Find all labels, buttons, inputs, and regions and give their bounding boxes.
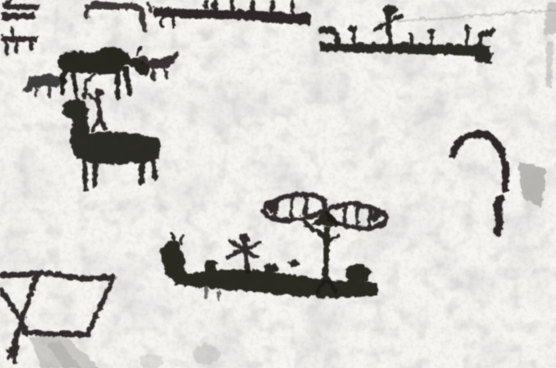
hull-bump — [203, 259, 216, 272]
knot — [19, 325, 29, 335]
prow-ear — [180, 234, 181, 242]
arc-tail — [497, 197, 499, 231]
body — [69, 131, 159, 163]
leg — [164, 66, 165, 76]
leg — [140, 162, 141, 181]
leg — [152, 159, 154, 177]
knot — [10, 343, 18, 351]
leg — [125, 68, 128, 92]
grid-line — [356, 205, 357, 226]
grid-line — [368, 208, 369, 225]
standing-figure-body — [387, 14, 389, 42]
bar — [0, 12, 34, 19]
smudge — [138, 352, 162, 368]
grid-line — [290, 195, 291, 218]
petroglyph-panel — [0, 0, 556, 368]
leg — [83, 161, 85, 189]
grid-line — [343, 206, 344, 224]
leg — [116, 71, 117, 96]
stern-neck — [478, 32, 480, 52]
leg — [93, 162, 94, 184]
leg — [60, 82, 61, 92]
crew-body — [430, 32, 431, 44]
tick — [204, 288, 205, 297]
leg-stroke — [29, 41, 31, 49]
leg — [152, 67, 153, 78]
rock-art-photo — [0, 0, 556, 368]
grid-line — [304, 197, 305, 217]
tick — [217, 290, 218, 298]
crew-body — [352, 31, 353, 43]
prow-ear — [171, 233, 173, 241]
smudge — [191, 343, 219, 363]
body — [96, 95, 99, 117]
antler — [83, 80, 85, 97]
bottom-edge — [28, 331, 86, 334]
